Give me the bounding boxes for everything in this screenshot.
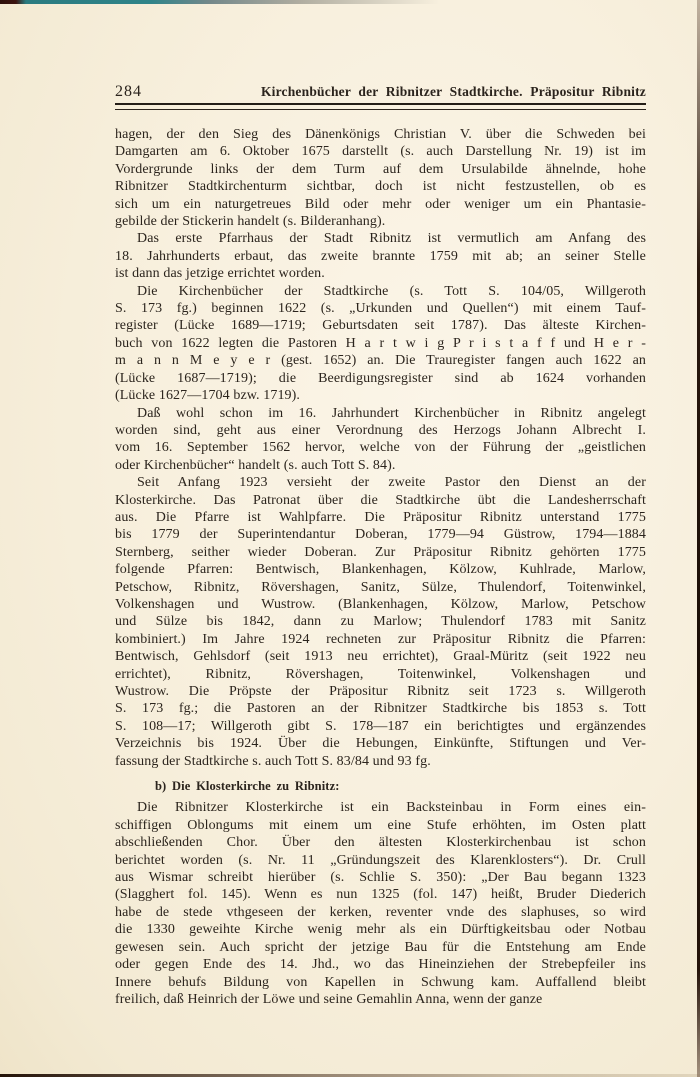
text-line: Sternberg, seither wieder Doberan. Zur P… xyxy=(115,544,646,561)
text-line: aus Wismar schreibt hierüber (s. Schlie … xyxy=(115,869,646,886)
text-line: sich um ein naturgetreues Bild oder mehr… xyxy=(115,196,646,213)
text-line: (Slagghert fol. 145). Wenn es nun 1325 (… xyxy=(115,886,646,903)
running-title: Kirchenbücher der Ribnitzer Stadtkirche.… xyxy=(261,84,646,100)
text-line: Daß wohl schon im 16. Jahrhundert Kirche… xyxy=(115,405,646,422)
text-line: Die Ribnitzer Klosterkirche ist ein Back… xyxy=(115,799,646,816)
text-line: oder Kirchenbücher“ handelt (s. auch Tot… xyxy=(115,457,646,474)
text-line: berichtet worden (s. Nr. 11 „Gründungsze… xyxy=(115,852,646,869)
paragraph: Die Kirchenbücher der Stadtkirche (s. To… xyxy=(115,283,646,405)
text-line: folgende Pfarren: Bentwisch, Blankenhage… xyxy=(115,561,646,578)
text-line: schiffigen Oblongums mit einem um eine S… xyxy=(115,817,646,834)
text-line: die 1330 geweihte Kirche wenig mehr als … xyxy=(115,921,646,938)
text-line: bis 1779 der Superintendantur Doberan, 1… xyxy=(115,526,646,543)
text-line: ist dann das jetzige errichtet worden. xyxy=(115,265,646,282)
paragraph: Die Ribnitzer Klosterkirche ist ein Back… xyxy=(115,799,646,1008)
text-line: m a n n M e y e r (gest. 1652) an. Die T… xyxy=(115,352,646,369)
text-line: Petschow, Ribnitz, Rövershagen, Sanitz, … xyxy=(115,579,646,596)
page-header: 284 Kirchenbücher der Ribnitzer Stadtkir… xyxy=(115,83,646,101)
text-line: (Lücke 1687—1719); die Beerdigungsregist… xyxy=(115,370,646,387)
scanned-book-page: 284 Kirchenbücher der Ribnitzer Stadtkir… xyxy=(0,0,700,1077)
page-number: 284 xyxy=(115,83,142,101)
text-line: S. 108—17; Willgeroth gibt S. 178—187 ei… xyxy=(115,718,646,735)
text-line: hagen, der den Sieg des Dänenkönigs Chri… xyxy=(115,126,646,143)
text-line: Seit Anfang 1923 versieht der zweite Pas… xyxy=(115,474,646,491)
text-line: habe de stede vthgeseen der kerken, reve… xyxy=(115,904,646,921)
text-line: Innere behufs Bildung von Kapellen in Sc… xyxy=(115,974,646,991)
text-line: 18. Jahrhunderts erbaut, das zweite bran… xyxy=(115,248,646,265)
text-line: gebilde der Stickerin handelt (s. Bilder… xyxy=(115,213,646,230)
text-line: Wustrow. Die Pröpste der Präpositur Ribn… xyxy=(115,683,646,700)
text-line: register (Lücke 1689—1719; Geburtsdaten … xyxy=(115,317,646,334)
scan-edge-top xyxy=(0,0,440,4)
paragraph: Daß wohl schon im 16. Jahrhundert Kirche… xyxy=(115,405,646,475)
text-line: buch von 1622 legten die Pastoren H a r … xyxy=(115,335,646,352)
text-line: Die Kirchenbücher der Stadtkirche (s. To… xyxy=(115,283,646,300)
text-line: S. 173 fg.) beginnen 1622 (s. „Urkunden … xyxy=(115,300,646,317)
page-body: hagen, der den Sieg des Dänenkönigs Chri… xyxy=(115,126,646,1008)
text-line: Bentwisch, Gehlsdorf (seit 1913 neu erri… xyxy=(115,648,646,665)
paragraph: hagen, der den Sieg des Dänenkönigs Chri… xyxy=(115,126,646,230)
text-line: Damgarten am 6. Oktober 1675 darstellt (… xyxy=(115,143,646,160)
text-line: S. 173 fg.; die Pastoren an der Ribnitze… xyxy=(115,700,646,717)
text-line: Klosterkirche. Das Patronat über die Sta… xyxy=(115,492,646,509)
text-line: vom 16. September 1562 hervor, welche vo… xyxy=(115,439,646,456)
section-heading: b) Die Klosterkirche zu Ribnitz: xyxy=(155,778,646,795)
paragraph: Das erste Pfarrhaus der Stadt Ribnitz is… xyxy=(115,230,646,282)
header-rule xyxy=(115,103,646,110)
text-line: (Lücke 1627—1704 bzw. 1719). xyxy=(115,387,646,404)
paragraph: Seit Anfang 1923 versieht der zweite Pas… xyxy=(115,474,646,770)
text-line: freilich, daß Heinrich der Löwe und sein… xyxy=(115,991,646,1008)
text-line: Vordergrunde links der dem Turm auf dem … xyxy=(115,161,646,178)
text-line: kombiniert.) Im Jahre 1924 rechneten zur… xyxy=(115,631,646,648)
text-line: Verzeichnis bis 1924. Über die Hebungen,… xyxy=(115,735,646,752)
text-line: Ribnitzer Stadtkirchenturm sichtbar, doc… xyxy=(115,178,646,195)
text-line: gewesen sein. Auch spricht der jetzige B… xyxy=(115,939,646,956)
text-line: b) Die Klosterkirche zu Ribnitz: xyxy=(155,778,646,795)
text-line: aus. Die Pfarre ist Wahlpfarre. Die Präp… xyxy=(115,509,646,526)
text-line: fassung der Stadtkirche s. auch Tott S. … xyxy=(115,753,646,770)
text-line: und Sülze bis 1842, dann zu Marlow; Thul… xyxy=(115,613,646,630)
text-line: Das erste Pfarrhaus der Stadt Ribnitz is… xyxy=(115,230,646,247)
text-line: Volkenshagen und Wustrow. (Blankenhagen,… xyxy=(115,596,646,613)
text-line: worden sind, geht aus einer Verordnung d… xyxy=(115,422,646,439)
text-line: oder gegen Ende des 14. Jhd., wo das Hin… xyxy=(115,956,646,973)
text-line: errichtet), Ribnitz, Rövershagen, Toiten… xyxy=(115,666,646,683)
text-line: abschließenden Chor. Über den ältesten K… xyxy=(115,834,646,851)
